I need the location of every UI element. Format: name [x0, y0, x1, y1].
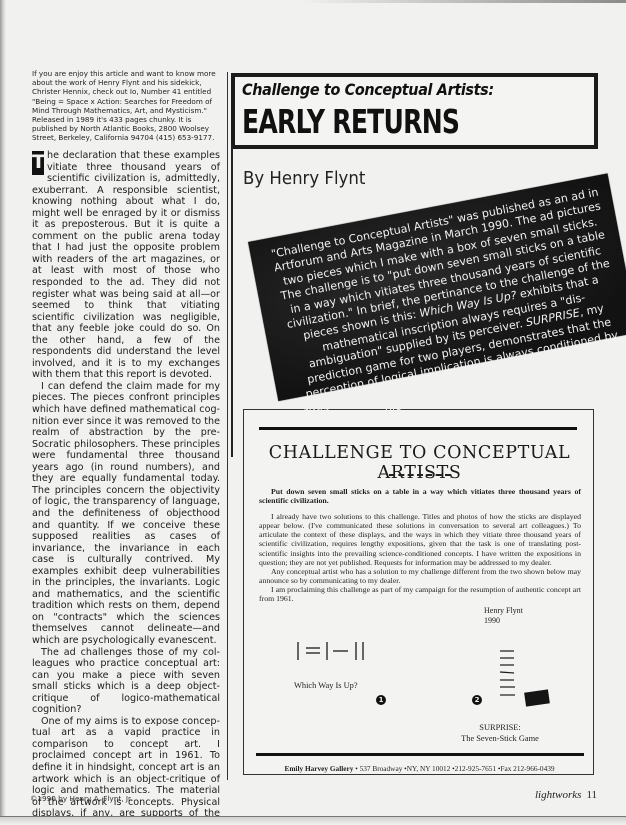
piece1-number-badge: 1 [376, 695, 386, 705]
piece1-caption: Which Way Is Up? [294, 681, 358, 690]
article-paragraph-3: The ad challenges those of my col­league… [32, 647, 220, 716]
ad-lead: Put down seven small sticks on a table i… [259, 487, 581, 505]
page-binding-shadow [0, 0, 6, 825]
signature-year: 1990 [484, 616, 523, 626]
column-divider [227, 72, 228, 780]
title-box: Challenge to Conceptual Artists: EARLY R… [231, 73, 598, 149]
ad-bottom-rule [256, 753, 584, 756]
ad-paragraph: I am proclaiming this challenge as part … [259, 585, 581, 603]
ad-signature: Henry Flynt 1990 [484, 606, 523, 626]
ad-reproduction: CHALLENGE TO CONCEPTUAL ARTISTS Put down… [243, 409, 594, 775]
ad-text: Put down seven small sticks on a table i… [259, 487, 581, 603]
ad-footer-contact: Emily Harvey Gallery • 537 Broadway •NY,… [244, 764, 595, 773]
page-bottom-edge [0, 816, 626, 825]
signature-name: Henry Flynt [484, 606, 523, 616]
pull-quote-panel: "Challenge to Conceptual Artists" was pu… [248, 173, 626, 401]
page-number: 11 [586, 789, 597, 801]
ad-title: CHALLENGE TO CONCEPTUAL ARTISTS [244, 443, 595, 483]
ad-top-rule [259, 427, 577, 430]
copyright-notice: ©1990 by Henry A. Flynt, Jr. [30, 794, 133, 803]
magazine-name: lightworks [535, 789, 581, 801]
article-paragraph-2: I can defend the claim made for my piece… [32, 381, 220, 647]
stick-box-icon [524, 689, 550, 706]
byline-frame-rule [231, 145, 233, 457]
ad-paragraph: I already have two solutions to this cha… [259, 512, 581, 567]
which-way-is-up-sticks-icon [296, 641, 371, 663]
article-paragraph-1: The declaration that these examples viti… [32, 150, 220, 381]
seven-stick-game-sticks-icon [498, 650, 518, 700]
piece2-number-badge: 2 [472, 695, 482, 705]
byline: By Henry Flynt [243, 168, 365, 189]
drop-cap: T [32, 151, 44, 175]
ad-dashed-divider [389, 474, 451, 476]
title-kicker: Challenge to Conceptual Artists: [242, 80, 494, 99]
sidebar-note: If you are enjoy this article and want t… [32, 69, 228, 143]
page-top-shadow [300, 0, 626, 3]
page-folio: lightworks11 [535, 789, 597, 801]
page-title: EARLY RETURNS [242, 104, 459, 140]
piece2-caption: SURPRISE: The Seven-Stick Game [440, 723, 560, 744]
ad-paragraph: Any conceptual artist who has a solution… [259, 567, 581, 585]
article-paragraph-4: One of my aims is to expose concep­tual … [32, 716, 220, 825]
article-body: The declaration that these examples viti… [32, 150, 220, 825]
